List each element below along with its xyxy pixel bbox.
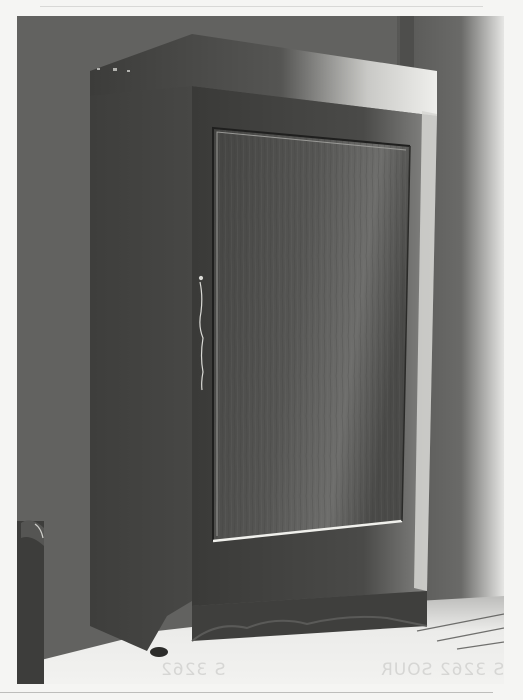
bleed-through-text-left: S 3262 xyxy=(160,660,225,680)
scan-edge-top xyxy=(40,6,483,7)
photograph xyxy=(17,16,504,684)
chair-back xyxy=(17,521,44,684)
scanned-page: S 3262 S 3262 SOUR xyxy=(0,0,523,700)
cabinet-side xyxy=(90,44,192,651)
scan-edge-bottom xyxy=(0,692,493,693)
bleed-through-text-right: S 3262 SOUR xyxy=(380,660,504,680)
cabinet-foot-left xyxy=(150,647,168,657)
armoire-illustration xyxy=(17,16,504,684)
wood-grain xyxy=(213,128,410,541)
